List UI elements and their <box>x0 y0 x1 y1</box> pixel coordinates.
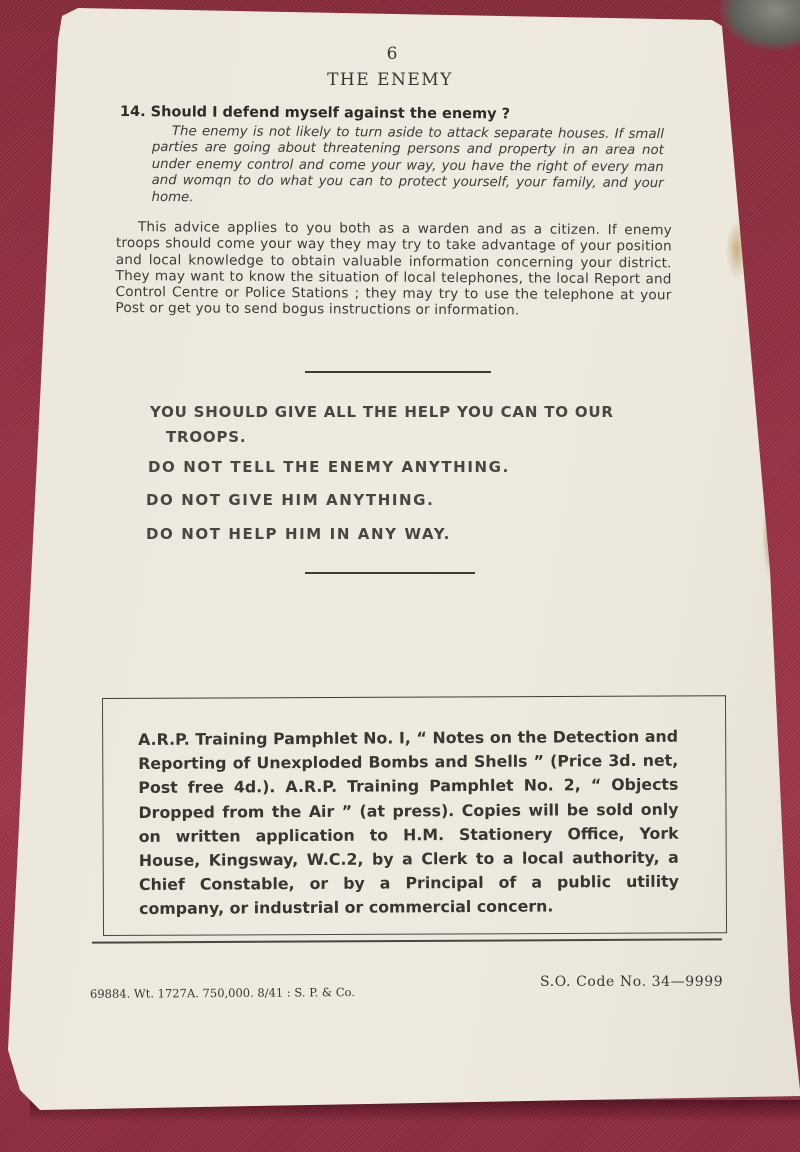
slogan-help-troops: YOU SHOULD GIVE ALL THE HELP YOU CAN TO … <box>150 403 614 421</box>
so-code: S.O. Code No. 34—9999 <box>540 974 723 990</box>
pamphlet-page: 6 THE ENEMY 14. Should I defend myself a… <box>0 0 800 1152</box>
slogan-help-troops-cont: TROOPS. <box>166 428 246 446</box>
page-title: THE ENEMY <box>240 70 540 90</box>
slogan-do-not-tell: DO NOT TELL THE ENEMY ANYTHING. <box>148 458 510 476</box>
edge-stain <box>762 490 780 580</box>
slogan-do-not-help: DO NOT HELP HIM IN ANY WAY. <box>146 525 451 543</box>
page-number: 6 <box>380 44 404 64</box>
question-heading: 14. Should I defend myself against the e… <box>120 104 510 122</box>
notice-box-text: A.R.P. Training Pamphlet No. I, “ Notes … <box>138 725 679 922</box>
slogan-do-not-give: DO NOT GIVE HIM ANYTHING. <box>146 491 434 509</box>
divider-rule <box>305 371 491 373</box>
divider-rule <box>305 572 475 574</box>
question-body-text: The enemy is not likely to turn aside to… <box>152 124 664 205</box>
question-body: The enemy is not likely to turn aside to… <box>151 124 663 209</box>
notice-box-bottom-rule <box>92 938 722 943</box>
advice-text: This advice applies to you both as a war… <box>115 219 672 319</box>
printer-imprint: 69884. Wt. 1727A. 750,000. 8/41 : S. P. … <box>90 985 355 1001</box>
fur-fabric-corner <box>720 0 800 50</box>
advice-paragraph: This advice applies to you both as a war… <box>115 219 672 320</box>
edge-stain <box>726 220 748 280</box>
